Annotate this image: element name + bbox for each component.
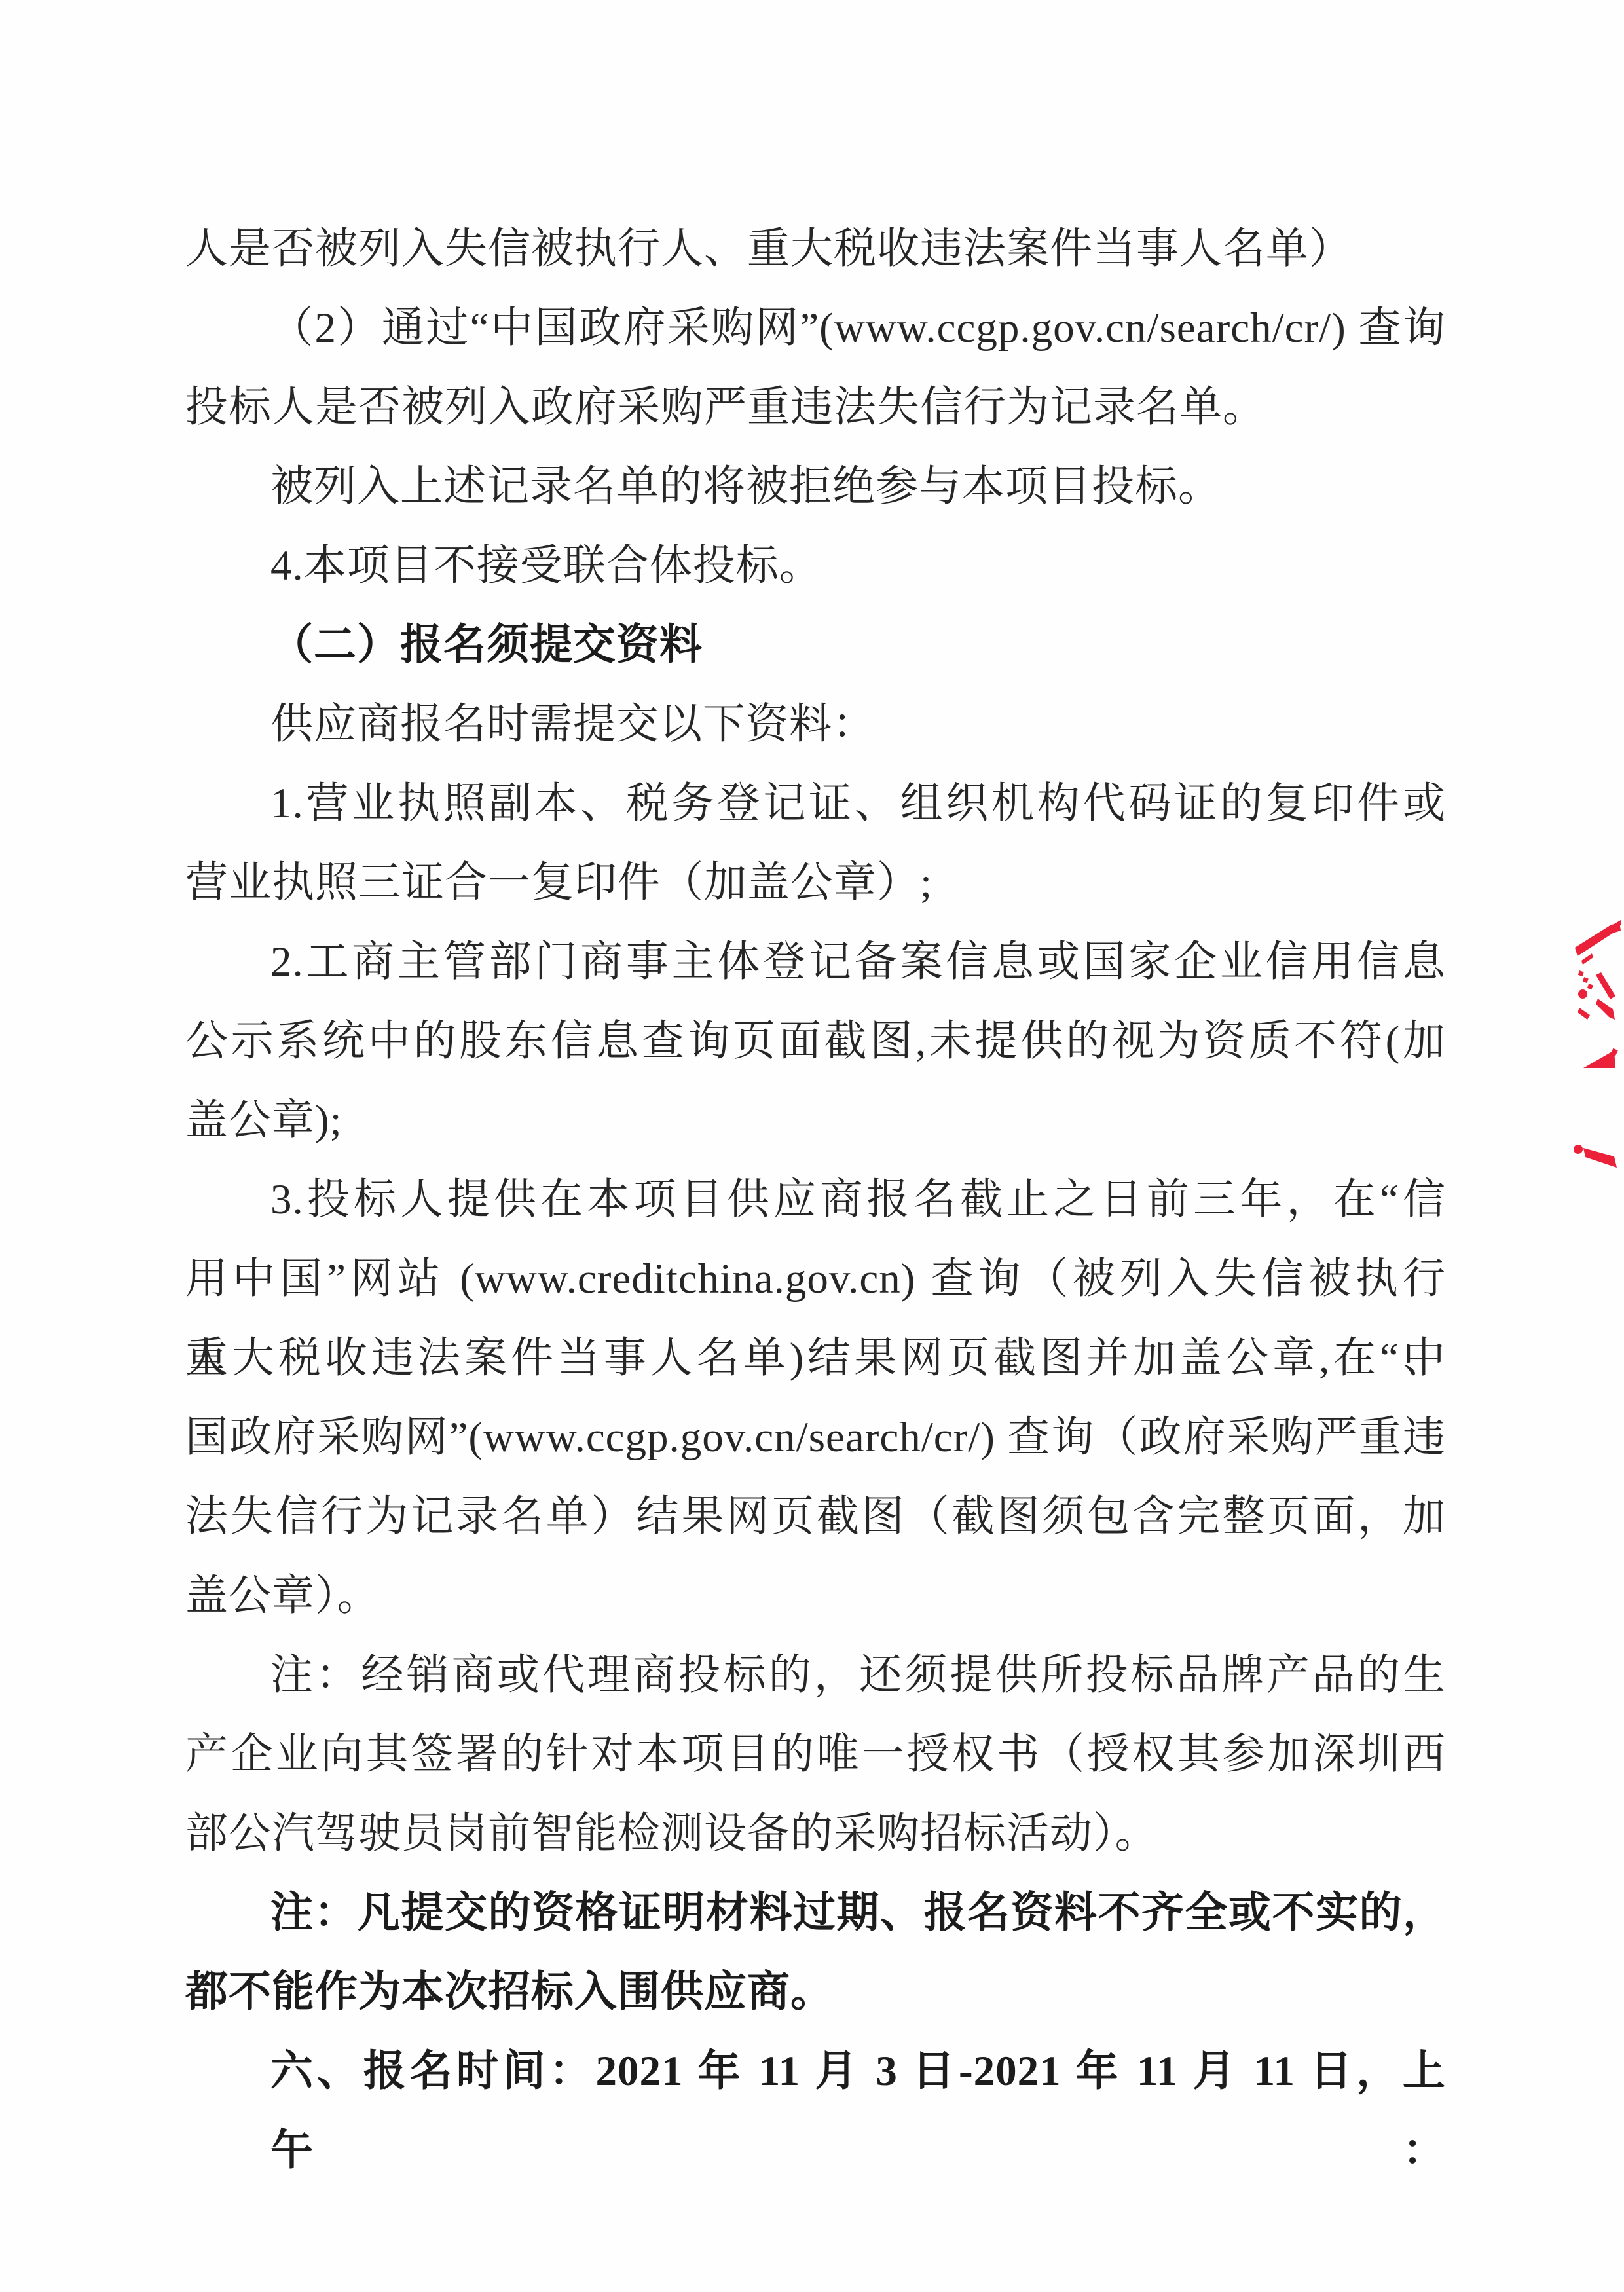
document-line: 用中国”网站 (www.creditchina.gov.cn) 查询（被列入失信… bbox=[185, 1240, 1446, 1319]
document-line: 注：凡提交的资格证明材料过期、报名资料不齐全或不实的， bbox=[185, 1874, 1446, 1953]
text-block: 人是否被列入失信被执行人、重大税收违法案件当事人名单）（2）通过“中国政府采购网… bbox=[185, 210, 1446, 2111]
document-line: 营业执照三证合一复印件（加盖公章）; bbox=[185, 843, 1446, 923]
document-line: 都不能作为本次招标入围供应商。 bbox=[185, 1953, 1446, 2032]
red-stamp-fragment bbox=[1562, 914, 1624, 1175]
document-line: 1.营业执照副本、税务登记证、组织机构代码证的复印件或 bbox=[185, 764, 1446, 843]
document-line: 盖公章); bbox=[185, 1081, 1446, 1160]
document-line: 供应商报名时需提交以下资料： bbox=[185, 685, 1446, 764]
document-line: （二）报名须提交资料 bbox=[185, 606, 1446, 685]
document-line: 注：经销商或代理商投标的，还须提供所投标品牌产品的生 bbox=[185, 1636, 1446, 1715]
document-line: 公示系统中的股东信息查询页面截图,未提供的视为资质不符(加 bbox=[185, 1002, 1446, 1081]
document-line: （2）通过“中国政府采购网”(www.ccgp.gov.cn/search/cr… bbox=[185, 289, 1446, 368]
stamp-stroke-bottom-bar bbox=[1574, 1145, 1617, 1168]
document-line: 六、报名时间：2021 年 11 月 3 日-2021 年 11 月 11 日，… bbox=[185, 2032, 1446, 2111]
document-line: 2.工商主管部门商事主体登记备案信息或国家企业信用信息 bbox=[185, 923, 1446, 1002]
stamp-stroke-top-bar bbox=[1575, 920, 1621, 956]
document-line: 重大税收违法案件当事人名单)结果网页截图并加盖公章,在“中 bbox=[185, 1319, 1446, 1398]
document-line: 人是否被列入失信被执行人、重大税收违法案件当事人名单） bbox=[185, 210, 1446, 289]
document-line: 盖公章）。 bbox=[185, 1557, 1446, 1636]
stamp-stroke-cluster bbox=[1578, 953, 1618, 1056]
document-line: 国政府采购网”(www.ccgp.gov.cn/search/cr/) 查询（政… bbox=[185, 1398, 1446, 1477]
document-line: 4.本项目不接受联合体投标。 bbox=[185, 527, 1446, 606]
document-page: 人是否被列入失信被执行人、重大税收违法案件当事人名单）（2）通过“中国政府采购网… bbox=[0, 0, 1624, 2292]
document-line: 投标人是否被列入政府采购严重违法失信行为记录名单。 bbox=[185, 368, 1446, 447]
document-line: 部公汽驾驶员岗前智能检测设备的采购招标活动）。 bbox=[185, 1794, 1446, 1874]
document-line: 3.投标人提供在本项目供应商报名截止之日前三年，在“信 bbox=[185, 1160, 1446, 1240]
document-line: 产企业向其签署的针对本项目的唯一授权书（授权其参加深圳西 bbox=[185, 1715, 1446, 1794]
document-line: 法失信行为记录名单）结果网页截图（截图须包含完整页面，加 bbox=[185, 1477, 1446, 1557]
document-line: 被列入上述记录名单的将被拒绝参与本项目投标。 bbox=[185, 447, 1446, 527]
stamp-stroke-triangle bbox=[1583, 1050, 1615, 1068]
